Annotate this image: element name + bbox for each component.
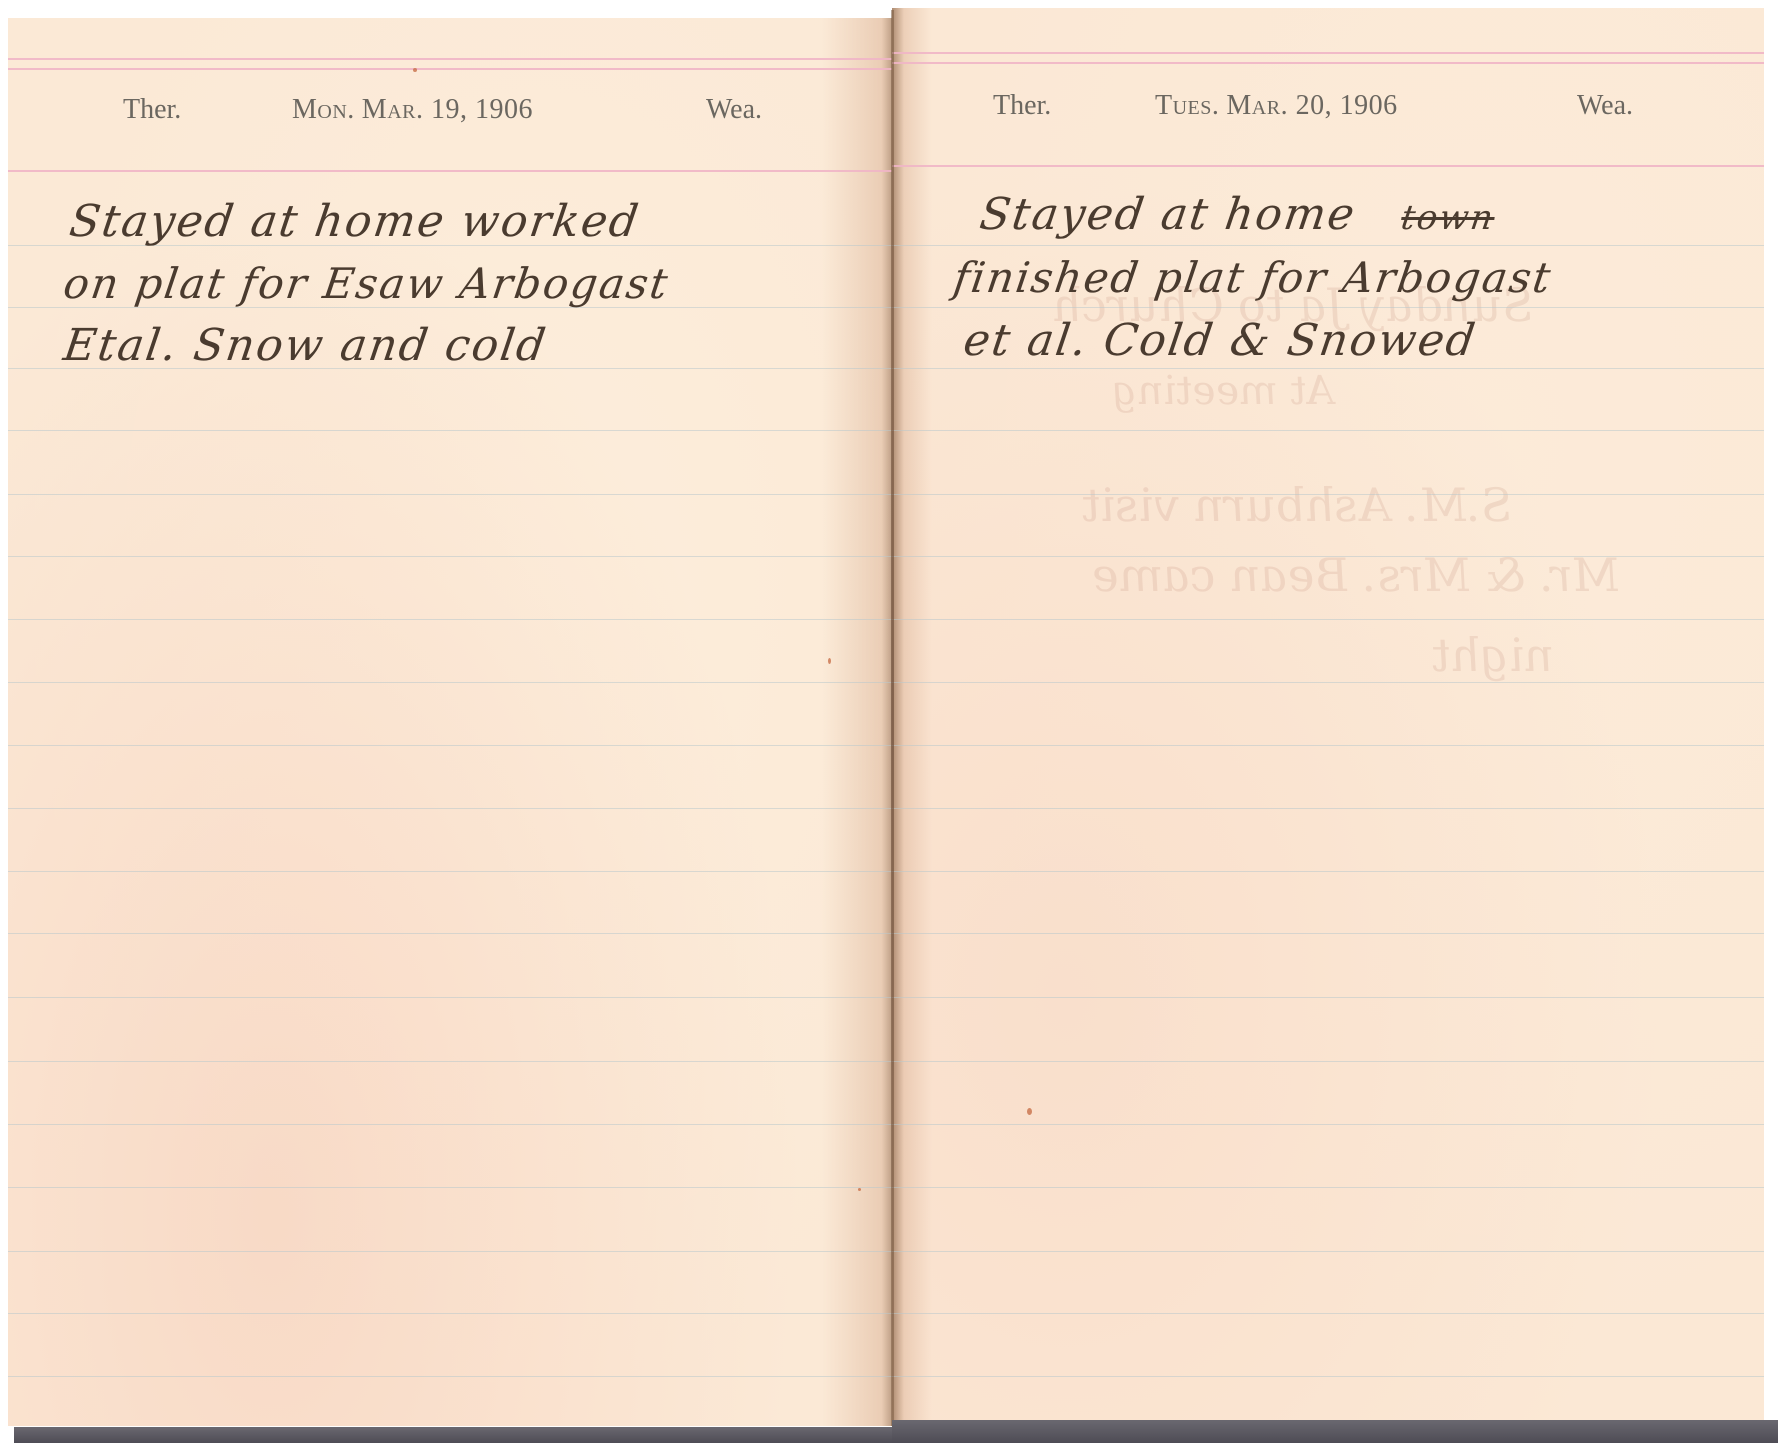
entry-line-1-text: Stayed at home bbox=[977, 189, 1360, 240]
right-page: Ther. Tues. Mar. 20, 1906 Wea. Sunday Ja… bbox=[892, 8, 1764, 1420]
ruled-line bbox=[892, 430, 1764, 431]
ruled-line bbox=[892, 556, 1764, 557]
ruled-line bbox=[892, 1313, 1764, 1314]
entry-line-2: finished plat for Arbogast bbox=[950, 246, 1557, 309]
pink-rule-top-2 bbox=[892, 62, 1764, 64]
ruled-line bbox=[892, 1061, 1764, 1062]
entry-line-2: on plat for Esaw Arbogast bbox=[60, 252, 674, 315]
ruled-line bbox=[8, 619, 892, 620]
ruled-line bbox=[892, 745, 1764, 746]
entry-line-1: Stayed at home worked bbox=[66, 190, 644, 253]
bleed-through-2: At meeting bbox=[1109, 368, 1338, 414]
ink-speck bbox=[858, 1188, 861, 1191]
book-gutter bbox=[891, 10, 894, 1426]
pink-rule-top-2 bbox=[8, 68, 892, 70]
ruled-line bbox=[8, 494, 892, 495]
ruled-line bbox=[892, 808, 1764, 809]
pink-rule-top-1 bbox=[8, 58, 892, 60]
ruled-line bbox=[8, 871, 892, 872]
ruled-line bbox=[892, 871, 1764, 872]
bleed-through-5: night bbox=[1428, 628, 1557, 682]
ruled-line bbox=[8, 1061, 892, 1062]
pink-rule-header-bottom bbox=[892, 165, 1764, 167]
ruled-line bbox=[8, 1376, 892, 1377]
ruled-line bbox=[892, 1251, 1764, 1252]
ther-label: Ther. bbox=[123, 90, 181, 130]
ruled-line bbox=[8, 1124, 892, 1125]
gutter-shadow bbox=[892, 8, 932, 1420]
ruled-line bbox=[892, 1124, 1764, 1125]
ruled-line bbox=[8, 430, 892, 431]
date-day: Tues. bbox=[1155, 90, 1219, 121]
date-heading: Mon. Mar. 19, 1906 bbox=[292, 90, 533, 130]
ruled-line bbox=[8, 933, 892, 934]
ink-speck bbox=[828, 658, 831, 664]
ink-speck bbox=[413, 68, 417, 72]
pink-rule-top-1 bbox=[892, 52, 1764, 54]
ruled-line bbox=[8, 1251, 892, 1252]
ther-label: Ther. bbox=[993, 86, 1051, 126]
struck-word: town bbox=[1399, 198, 1498, 238]
date-heading: Tues. Mar. 20, 1906 bbox=[1155, 86, 1398, 126]
page-edge-band-right bbox=[892, 1420, 1778, 1443]
ruled-line bbox=[8, 682, 892, 683]
entry-line-3: et al. Cold & Snowed bbox=[960, 309, 1481, 372]
left-page: Ther. Mon. Mar. 19, 1906 Wea. Stayed at … bbox=[8, 18, 892, 1426]
ruled-line bbox=[892, 682, 1764, 683]
bleed-through-3: S.M. Ashburn visit bbox=[1078, 478, 1516, 532]
date-day: Mon. bbox=[292, 94, 355, 125]
ruled-line bbox=[8, 808, 892, 809]
ruled-line bbox=[892, 1187, 1764, 1188]
wea-label: Wea. bbox=[706, 90, 762, 130]
entry-line-3: Etal. Snow and cold bbox=[60, 314, 552, 377]
ruled-line bbox=[892, 997, 1764, 998]
ruled-line bbox=[8, 997, 892, 998]
entry-line-1: Stayed at home town bbox=[975, 183, 1499, 250]
ruled-line bbox=[8, 1187, 892, 1188]
date-rest: Mar. 19, 1906 bbox=[362, 94, 533, 125]
pink-rule-header-bottom bbox=[8, 170, 892, 172]
ink-speck bbox=[1027, 1108, 1032, 1115]
wea-label: Wea. bbox=[1577, 86, 1633, 126]
date-rest: Mar. 20, 1906 bbox=[1226, 90, 1397, 121]
ruled-line bbox=[8, 1313, 892, 1314]
ruled-line bbox=[892, 619, 1764, 620]
ruled-line bbox=[892, 494, 1764, 495]
diary-spread: Ther. Mon. Mar. 19, 1906 Wea. Stayed at … bbox=[0, 0, 1778, 1443]
ruled-line bbox=[8, 745, 892, 746]
ruled-line bbox=[892, 933, 1764, 934]
ruled-line bbox=[8, 556, 892, 557]
ruled-line bbox=[892, 1376, 1764, 1377]
gutter-shadow bbox=[822, 18, 892, 1426]
